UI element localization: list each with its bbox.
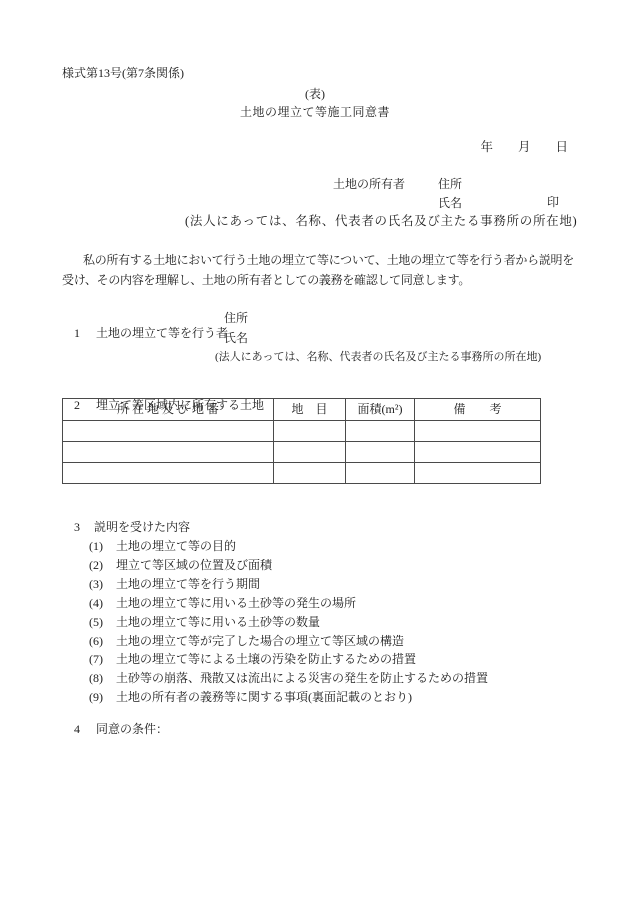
consent-paragraph-line-2: 受け、その内容を理解し、土地の所有者としての義務を確認して同意します。 (62, 273, 470, 288)
side-label: (表) (0, 87, 630, 102)
section1-title: 土地の埋立て等を行う者 (96, 326, 228, 340)
table-cell (415, 463, 541, 484)
table-row (63, 421, 541, 442)
table-cell (346, 442, 415, 463)
section4-heading: 4同意の条件： (62, 707, 168, 752)
land-table: 所 在 地 及 び 地 番 地 目 面積(m²) 備 考 (62, 398, 541, 484)
owner-label: 土地の所有者 (333, 177, 405, 192)
section1-name-label: 氏名 (224, 331, 248, 346)
table-cell (415, 442, 541, 463)
table-header-remarks: 備 考 (415, 399, 541, 421)
document-title: 土地の埋立て等施工同意書 (0, 105, 630, 120)
table-cell (63, 463, 274, 484)
table-header-location: 所 在 地 及 び 地 番 (63, 399, 274, 421)
section1-address-label: 住所 (224, 311, 248, 326)
table-cell (63, 442, 274, 463)
section4-title: 同意の条件： (96, 722, 168, 736)
table-cell (274, 442, 346, 463)
owner-address-label: 住所 (438, 177, 462, 192)
table-cell (346, 463, 415, 484)
table-cell (274, 421, 346, 442)
land-table-header-row: 所 在 地 及 び 地 番 地 目 面積(m²) 備 考 (63, 399, 541, 421)
owner-corporate-note: (法人にあっては、名称、代表者の氏名及び主たる事務所の所在地) (185, 214, 577, 229)
date-line: 年 月 日 (0, 140, 568, 155)
table-cell (274, 463, 346, 484)
form-number: 様式第13号(第7条関係) (62, 66, 184, 81)
section1-corporate-note: (法人にあっては、名称、代表者の氏名及び主たる事務所の所在地) (215, 350, 541, 365)
table-header-land-category: 地 目 (274, 399, 346, 421)
consent-paragraph-line-1: 私の所有する土地において行う土地の埋立て等について、土地の埋立て等を行う者から説… (83, 253, 574, 268)
item-text: 土地の所有者の義務等に関する事項(裏面記載のとおり) (116, 690, 412, 704)
table-cell (63, 421, 274, 442)
table-header-area: 面積(m²) (346, 399, 415, 421)
item-number: (9) (89, 690, 116, 705)
owner-seal-label: 印 (547, 195, 559, 210)
section1-heading: 1土地の埋立て等を行う者 (62, 311, 228, 356)
document-page: 様式第13号(第7条関係) (表) 土地の埋立て等施工同意書 年 月 日 土地の… (0, 0, 630, 903)
table-row (63, 442, 541, 463)
table-row (63, 463, 541, 484)
owner-name-label: 氏名 (438, 196, 462, 211)
table-cell (415, 421, 541, 442)
section1-number: 1 (74, 326, 96, 341)
section4-number: 4 (74, 722, 96, 737)
table-cell (346, 421, 415, 442)
